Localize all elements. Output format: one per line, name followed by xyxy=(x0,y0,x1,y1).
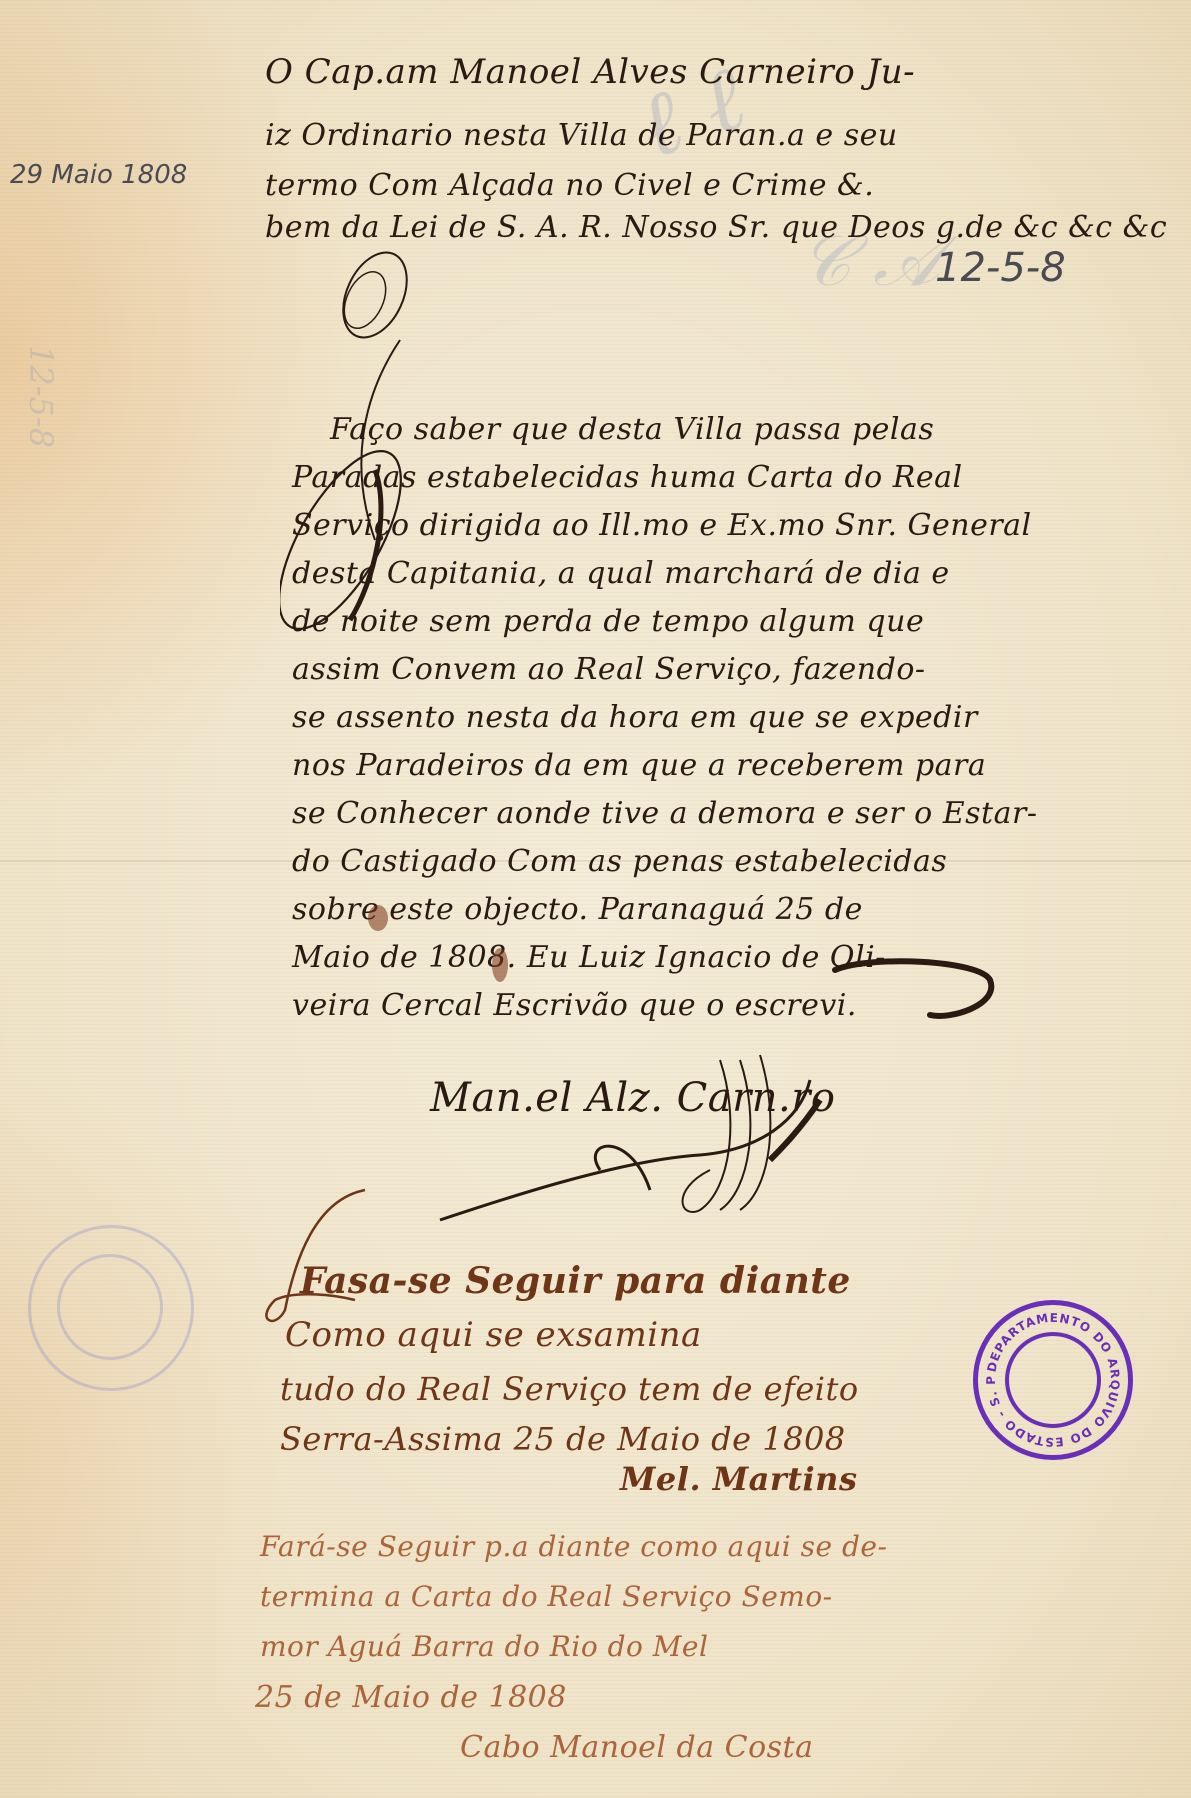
body-line-1: Faço saber que desta Villa passa pelas xyxy=(330,412,934,447)
manuscript-page: 12-5-8 ℓ ℓ 𝒞 𝒜 29 Maio 1808 O Cap.am Man… xyxy=(0,0,1191,1798)
header-line-2: iz Ordinario nesta Villa de Paran.a e se… xyxy=(265,118,898,153)
body-line-9: se Conhecer aonde tive a demora e ser o … xyxy=(292,796,1037,831)
endorsement-1-line-4: Serra-Assima 25 de Maio de 1808 xyxy=(280,1420,846,1458)
body-line-7: se assento nesta da hora em que se exped… xyxy=(292,700,978,735)
svg-text:DEPARTAMENTO DO ARQUIVO DO EST: DEPARTAMENTO DO ARQUIVO DO ESTADO - S. P… xyxy=(973,1300,1122,1449)
signature-flourish-icon xyxy=(420,1040,860,1240)
endorsement-1-line-3: tudo do Real Serviço tem de efeito xyxy=(280,1370,859,1408)
endorsement-1-line-2: Como aqui se exsamina xyxy=(285,1315,702,1355)
header-line-3: termo Com Alçada no Civel e Crime &. xyxy=(265,168,874,203)
endorsement-2-line-1: Fará-se Seguir p.a diante como aqui se d… xyxy=(260,1530,887,1563)
ink-blot xyxy=(368,905,388,931)
endorsement-2-line-4: 25 de Maio de 1808 xyxy=(255,1680,567,1715)
archive-reference: 12-5-8 xyxy=(935,245,1066,291)
body-line-8: nos Paradeiros da em que a receberem par… xyxy=(292,748,986,783)
archive-stamp: DEPARTAMENTO DO ARQUIVO DO ESTADO - S. P… xyxy=(973,1300,1133,1460)
bleed-through-reference: 12-5-8 xyxy=(22,345,60,448)
endorsement-2-signature: Cabo Manoel da Costa xyxy=(460,1730,814,1765)
endorsement-1-signature: Mel. Martins xyxy=(620,1460,857,1498)
endorsement-initial-flourish-icon xyxy=(255,1180,375,1330)
body-line-4: desta Capitania, a qual marchará de dia … xyxy=(292,556,950,591)
closing-flourish-icon xyxy=(830,950,1010,1030)
body-line-5: de noite sem perda de tempo algum que xyxy=(292,604,924,639)
ink-blot xyxy=(492,948,508,982)
body-line-13: veira Cercal Escrivão que o escrevi. xyxy=(292,988,857,1023)
endorsement-2-line-2: termina a Carta do Real Serviço Semo- xyxy=(260,1580,833,1613)
faint-stamp-inner-ring xyxy=(57,1254,163,1360)
body-line-6: assim Convem ao Real Serviço, fazendo- xyxy=(292,652,926,687)
endorsement-2-line-3: mor Aguá Barra do Rio do Mel xyxy=(260,1630,708,1663)
body-line-3: Serviço dirigida ao Ill.mo e Ex.mo Snr. … xyxy=(292,508,1032,543)
archive-stamp-text: DEPARTAMENTO DO ARQUIVO DO ESTADO - S. P… xyxy=(973,1300,1122,1449)
initial-o-flourish-icon xyxy=(280,240,480,660)
endorsement-1-line-1: Fasa-se Seguir para diante xyxy=(300,1260,851,1302)
faint-stamp xyxy=(28,1225,194,1391)
margin-date-note: 29 Maio 1808 xyxy=(10,160,187,190)
header-line-1: O Cap.am Manoel Alves Carneiro Ju- xyxy=(265,52,915,92)
body-line-10: do Castigado Com as penas estabelecidas xyxy=(292,844,947,879)
archive-stamp-text-ring: DEPARTAMENTO DO ARQUIVO DO ESTADO - S. P… xyxy=(973,1300,1133,1460)
body-line-2: Paradas estabelecidas huma Carta do Real xyxy=(292,460,963,495)
body-line-12: Maio de 1808. Eu Luiz Ignacio de Oli- xyxy=(292,940,886,975)
